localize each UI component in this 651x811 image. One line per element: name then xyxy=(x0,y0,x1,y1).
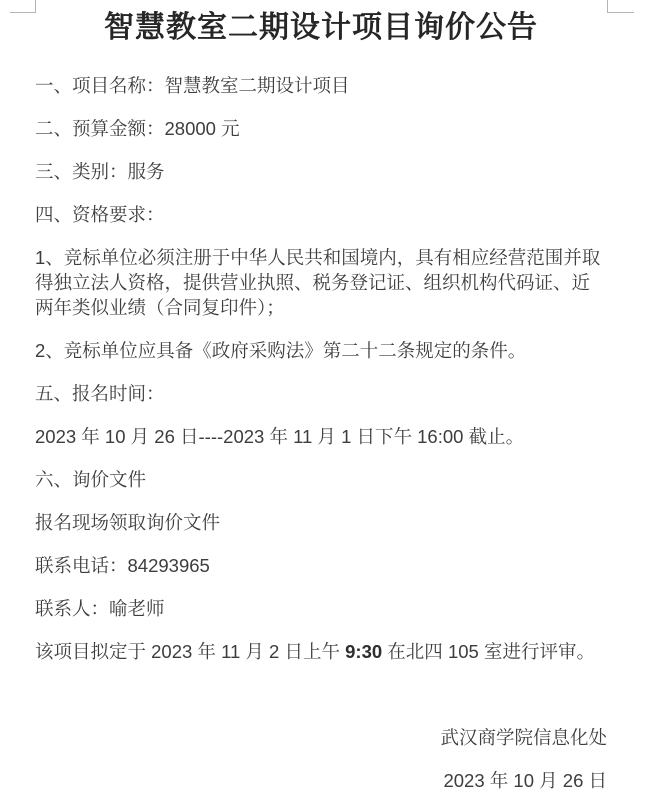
signature-department: 武汉商学院信息化处 xyxy=(35,725,607,750)
blank-line xyxy=(35,682,607,707)
paragraph-budget: 二、预算金额：28000 元 xyxy=(35,116,607,141)
review-time-bold: 9:30 xyxy=(345,641,382,662)
signature-date: 2023 年 10 月 26 日 xyxy=(35,768,607,793)
paragraph-qualification-heading: 四、资格要求： xyxy=(35,202,607,227)
paragraph-qualification-item-1: 1、竞标单位必须注册于中华人民共和国境内，具有相应经营范围并取 得独立法人资格，… xyxy=(35,245,607,320)
paragraph-document-pickup: 报名现场领取询价文件 xyxy=(35,510,607,535)
review-info-prefix: 该项目拟定于 2023 年 11 月 2 日上午 xyxy=(35,641,345,662)
paragraph-project-name: 一、项目名称：智慧教室二期设计项目 xyxy=(35,73,607,98)
crop-mark-top-left xyxy=(10,0,36,13)
paragraph-qualification-item-2: 2、竞标单位应具备《政府采购法》第二十二条规定的条件。 xyxy=(35,338,607,363)
paragraph-contact-phone: 联系电话：84293965 xyxy=(35,553,607,578)
page-title: 智慧教室二期设计项目询价公告 xyxy=(35,8,607,48)
qualification-line-1: 1、竞标单位必须注册于中华人民共和国境内，具有相应经营范围并取 xyxy=(35,245,607,270)
qualification-line-2: 得独立法人资格，提供营业执照、税务登记证、组织机构代码证、近 xyxy=(35,270,607,295)
document-body: 智慧教室二期设计项目询价公告 一、项目名称：智慧教室二期设计项目 二、预算金额：… xyxy=(35,0,607,811)
paragraph-registration-period: 2023 年 10 月 26 日----2023 年 11 月 1 日下午 16… xyxy=(35,424,607,449)
crop-mark-top-right xyxy=(607,0,634,13)
paragraph-review-info: 该项目拟定于 2023 年 11 月 2 日上午 9:30 在北四 105 室进… xyxy=(35,639,607,664)
review-info-suffix: 在北四 105 室进行评审。 xyxy=(382,641,595,662)
paragraph-category: 三、类别：服务 xyxy=(35,159,607,184)
paragraph-inquiry-document-heading: 六、询价文件 xyxy=(35,467,607,492)
qualification-line-3: 两年类似业绩（合同复印件）； xyxy=(35,295,607,320)
paragraph-registration-time-heading: 五、报名时间： xyxy=(35,381,607,406)
paragraph-contact-person: 联系人：喻老师 xyxy=(35,596,607,621)
document-page: 智慧教室二期设计项目询价公告 一、项目名称：智慧教室二期设计项目 二、预算金额：… xyxy=(0,0,651,811)
